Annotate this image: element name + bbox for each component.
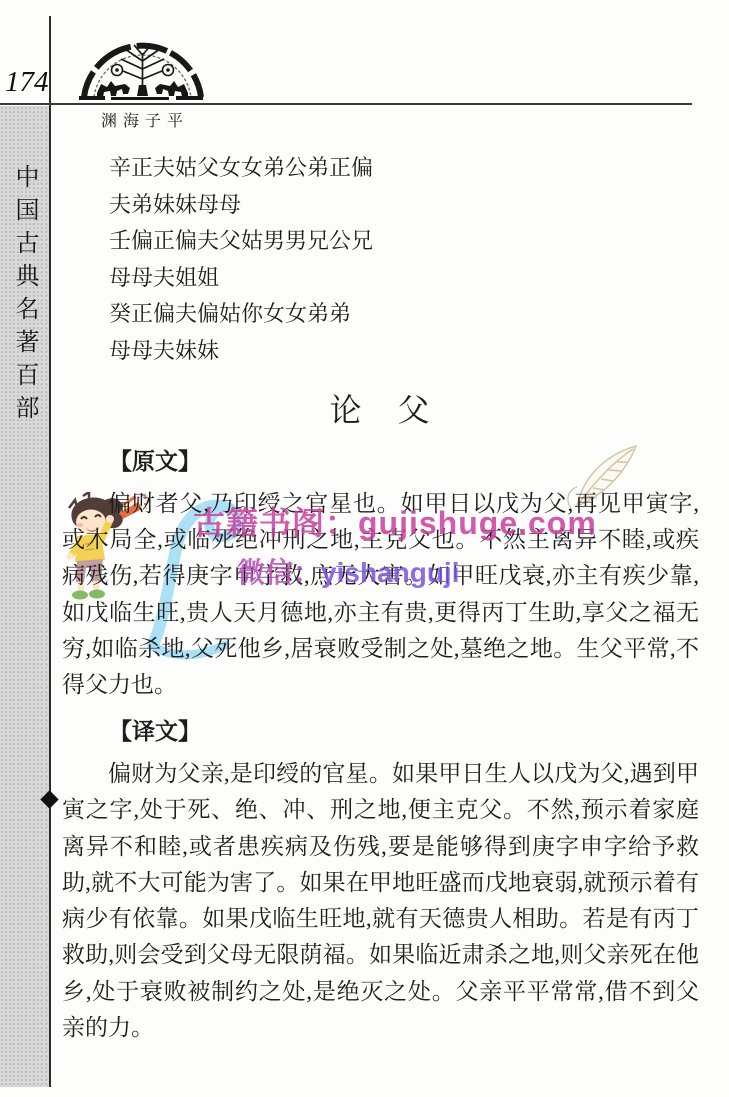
translation-paragraph: 偏财为父亲,是印绶的官星。如果甲日生人以戊为父,遇到甲寅之字,处于死、绝、冲、刑… (62, 756, 699, 1046)
header-rule (0, 103, 692, 105)
watermark-wechat-label: 微信： (237, 557, 321, 588)
page-body: 辛正夫姑父女女弟公弟正偏 夫弟妹妹母母 壬偏正偏夫父姑男男兄公兄 母母夫姐姐 癸… (62, 150, 699, 1046)
table-continuation-line: 母母夫姐姐 (62, 260, 699, 297)
chapter-title: 论 父 (62, 394, 699, 426)
watermark-wechat-handle: yishanguji (321, 557, 459, 588)
eave-tile-rubbing-icon (77, 39, 208, 103)
table-continuation-line: 母母夫妹妹 (62, 333, 699, 370)
book-page: 174 渊海子平 中国古典名著百部 (0, 0, 729, 1097)
series-title-vertical: 中国古典名著百部 (7, 164, 42, 428)
running-head: 渊海子平 (101, 108, 189, 131)
table-continuation-line: 癸正偏夫偏姑你女女弟弟 (62, 296, 699, 333)
watermark-wechat: 微信：yishanguji (237, 551, 459, 591)
table-continuation-line: 辛正夫姑父女女弟公弟正偏 (62, 150, 699, 187)
table-continuation-line: 壬偏正偏夫父姑男男兄公兄 (62, 223, 699, 260)
table-continuation-line: 夫弟妹妹母母 (62, 187, 699, 224)
translation-label: 【译文】 (62, 714, 699, 750)
left-vertical-rule (49, 16, 51, 1087)
page-number: 174 (5, 66, 47, 99)
original-text-label: 【原文】 (62, 444, 699, 480)
watermark-site: 古籍书阁：gujishuge.com (193, 498, 597, 544)
series-sidebar: 中国古典名著百部 (0, 106, 49, 1087)
